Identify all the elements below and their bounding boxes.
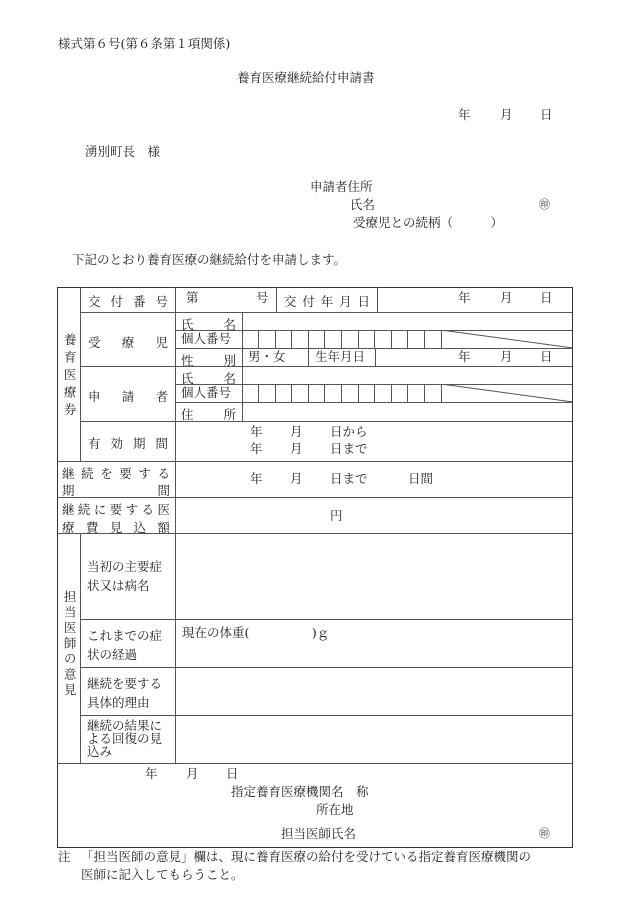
- continuation-month: 月: [290, 473, 303, 486]
- validity-to-year: 年: [250, 443, 263, 456]
- seal-icon: ㊞: [539, 199, 550, 210]
- institution-name-label: 指定養育医療機関名 称: [231, 786, 369, 799]
- initial-symptoms-label: 当初の主要症状又は病名: [87, 557, 171, 596]
- institution-date-month: 月: [186, 768, 199, 781]
- note-line-1: 「担当医師の意見」欄は、現に養育医療の給付を受けている指定養育医療機関の: [81, 851, 531, 864]
- diagonal-strike-icon: [441, 384, 573, 402]
- issue-date-day: 日: [540, 292, 553, 305]
- issue-number-prefix: 第: [186, 292, 199, 305]
- header-date-day: 日: [540, 109, 553, 122]
- relationship-label: 受療児との続柄（ ）: [353, 217, 503, 230]
- prognosis-label: 継続の結果による回復の見込み: [87, 719, 171, 758]
- progress-label: これまでの症状の経過: [87, 626, 171, 665]
- header-date-month: 月: [500, 109, 513, 122]
- header-date-year: 年: [458, 109, 471, 122]
- birthdate-month: 月: [500, 351, 513, 364]
- note-prefix: 注: [58, 851, 71, 864]
- diagonal-strike-icon: [441, 330, 573, 348]
- addressee: 湧別町長 様: [85, 146, 160, 159]
- applicant-address-label: 申請者住所: [310, 181, 373, 194]
- validity-from-text: 日から: [330, 426, 368, 439]
- intro-text: 下記のとおり養育医療の継続給付を申請します。: [72, 254, 346, 267]
- section-doctor-label: 担当医師の意見: [62, 590, 76, 699]
- continuation-period-label-1: 継続を要する: [62, 464, 170, 482]
- validity-to-month: 月: [290, 443, 303, 456]
- continuation-days: 日間: [408, 473, 433, 486]
- gender-options: 男・女: [248, 351, 286, 364]
- cost-label-1: 継続に要する医: [62, 500, 170, 518]
- applicant-id-label: 個人番号: [181, 387, 231, 400]
- validity-from-month: 月: [290, 426, 303, 439]
- current-weight: 現在の体重( )ｇ: [182, 627, 329, 640]
- section-ticket-label: 養育医療券: [62, 333, 76, 421]
- patient-label: 受療児: [88, 333, 168, 351]
- cost-label-2: 療費見込額: [62, 518, 170, 536]
- institution-location-label: 所在地: [316, 804, 354, 817]
- doctor-seal-icon: ㊞: [539, 828, 550, 839]
- issue-number-label: 交付番号: [88, 292, 168, 310]
- reason-label: 継続を要する具体的理由: [87, 674, 171, 713]
- form-number: 様式第６号(第６条第１項関係): [58, 38, 230, 51]
- institution-date-year: 年: [145, 768, 158, 781]
- issue-date-label: 交付年月日: [284, 292, 370, 310]
- continuation-period-label-2: 期間: [62, 481, 170, 499]
- validity-from-year: 年: [250, 426, 263, 439]
- birthdate-day: 日: [540, 351, 553, 364]
- note-line-2: 医師に記入してもらうこと。: [81, 869, 244, 882]
- applicant-label: 申請者: [88, 387, 168, 405]
- cost-unit: 円: [330, 510, 343, 523]
- birthdate-label: 生年月日: [315, 351, 365, 364]
- patient-id-label: 個人番号: [181, 333, 231, 346]
- validity-label: 有効期間: [88, 434, 168, 452]
- validity-to-text: 日まで: [330, 443, 368, 456]
- institution-date-day: 日: [226, 768, 239, 781]
- gender-label: 性別: [181, 351, 236, 369]
- applicant-name-label: 氏名: [350, 199, 375, 212]
- continuation-until: 日まで: [330, 473, 368, 486]
- page-title: 養育医療継続給付申請書: [237, 72, 375, 85]
- continuation-year: 年: [250, 473, 263, 486]
- issue-date-year: 年: [458, 292, 471, 305]
- issue-number-suffix: 号: [256, 292, 269, 305]
- applicant-address-label-cell: 住所: [181, 405, 236, 423]
- birthdate-year: 年: [458, 351, 471, 364]
- issue-date-month: 月: [500, 292, 513, 305]
- doctor-name-label: 担当医師氏名: [281, 828, 356, 841]
